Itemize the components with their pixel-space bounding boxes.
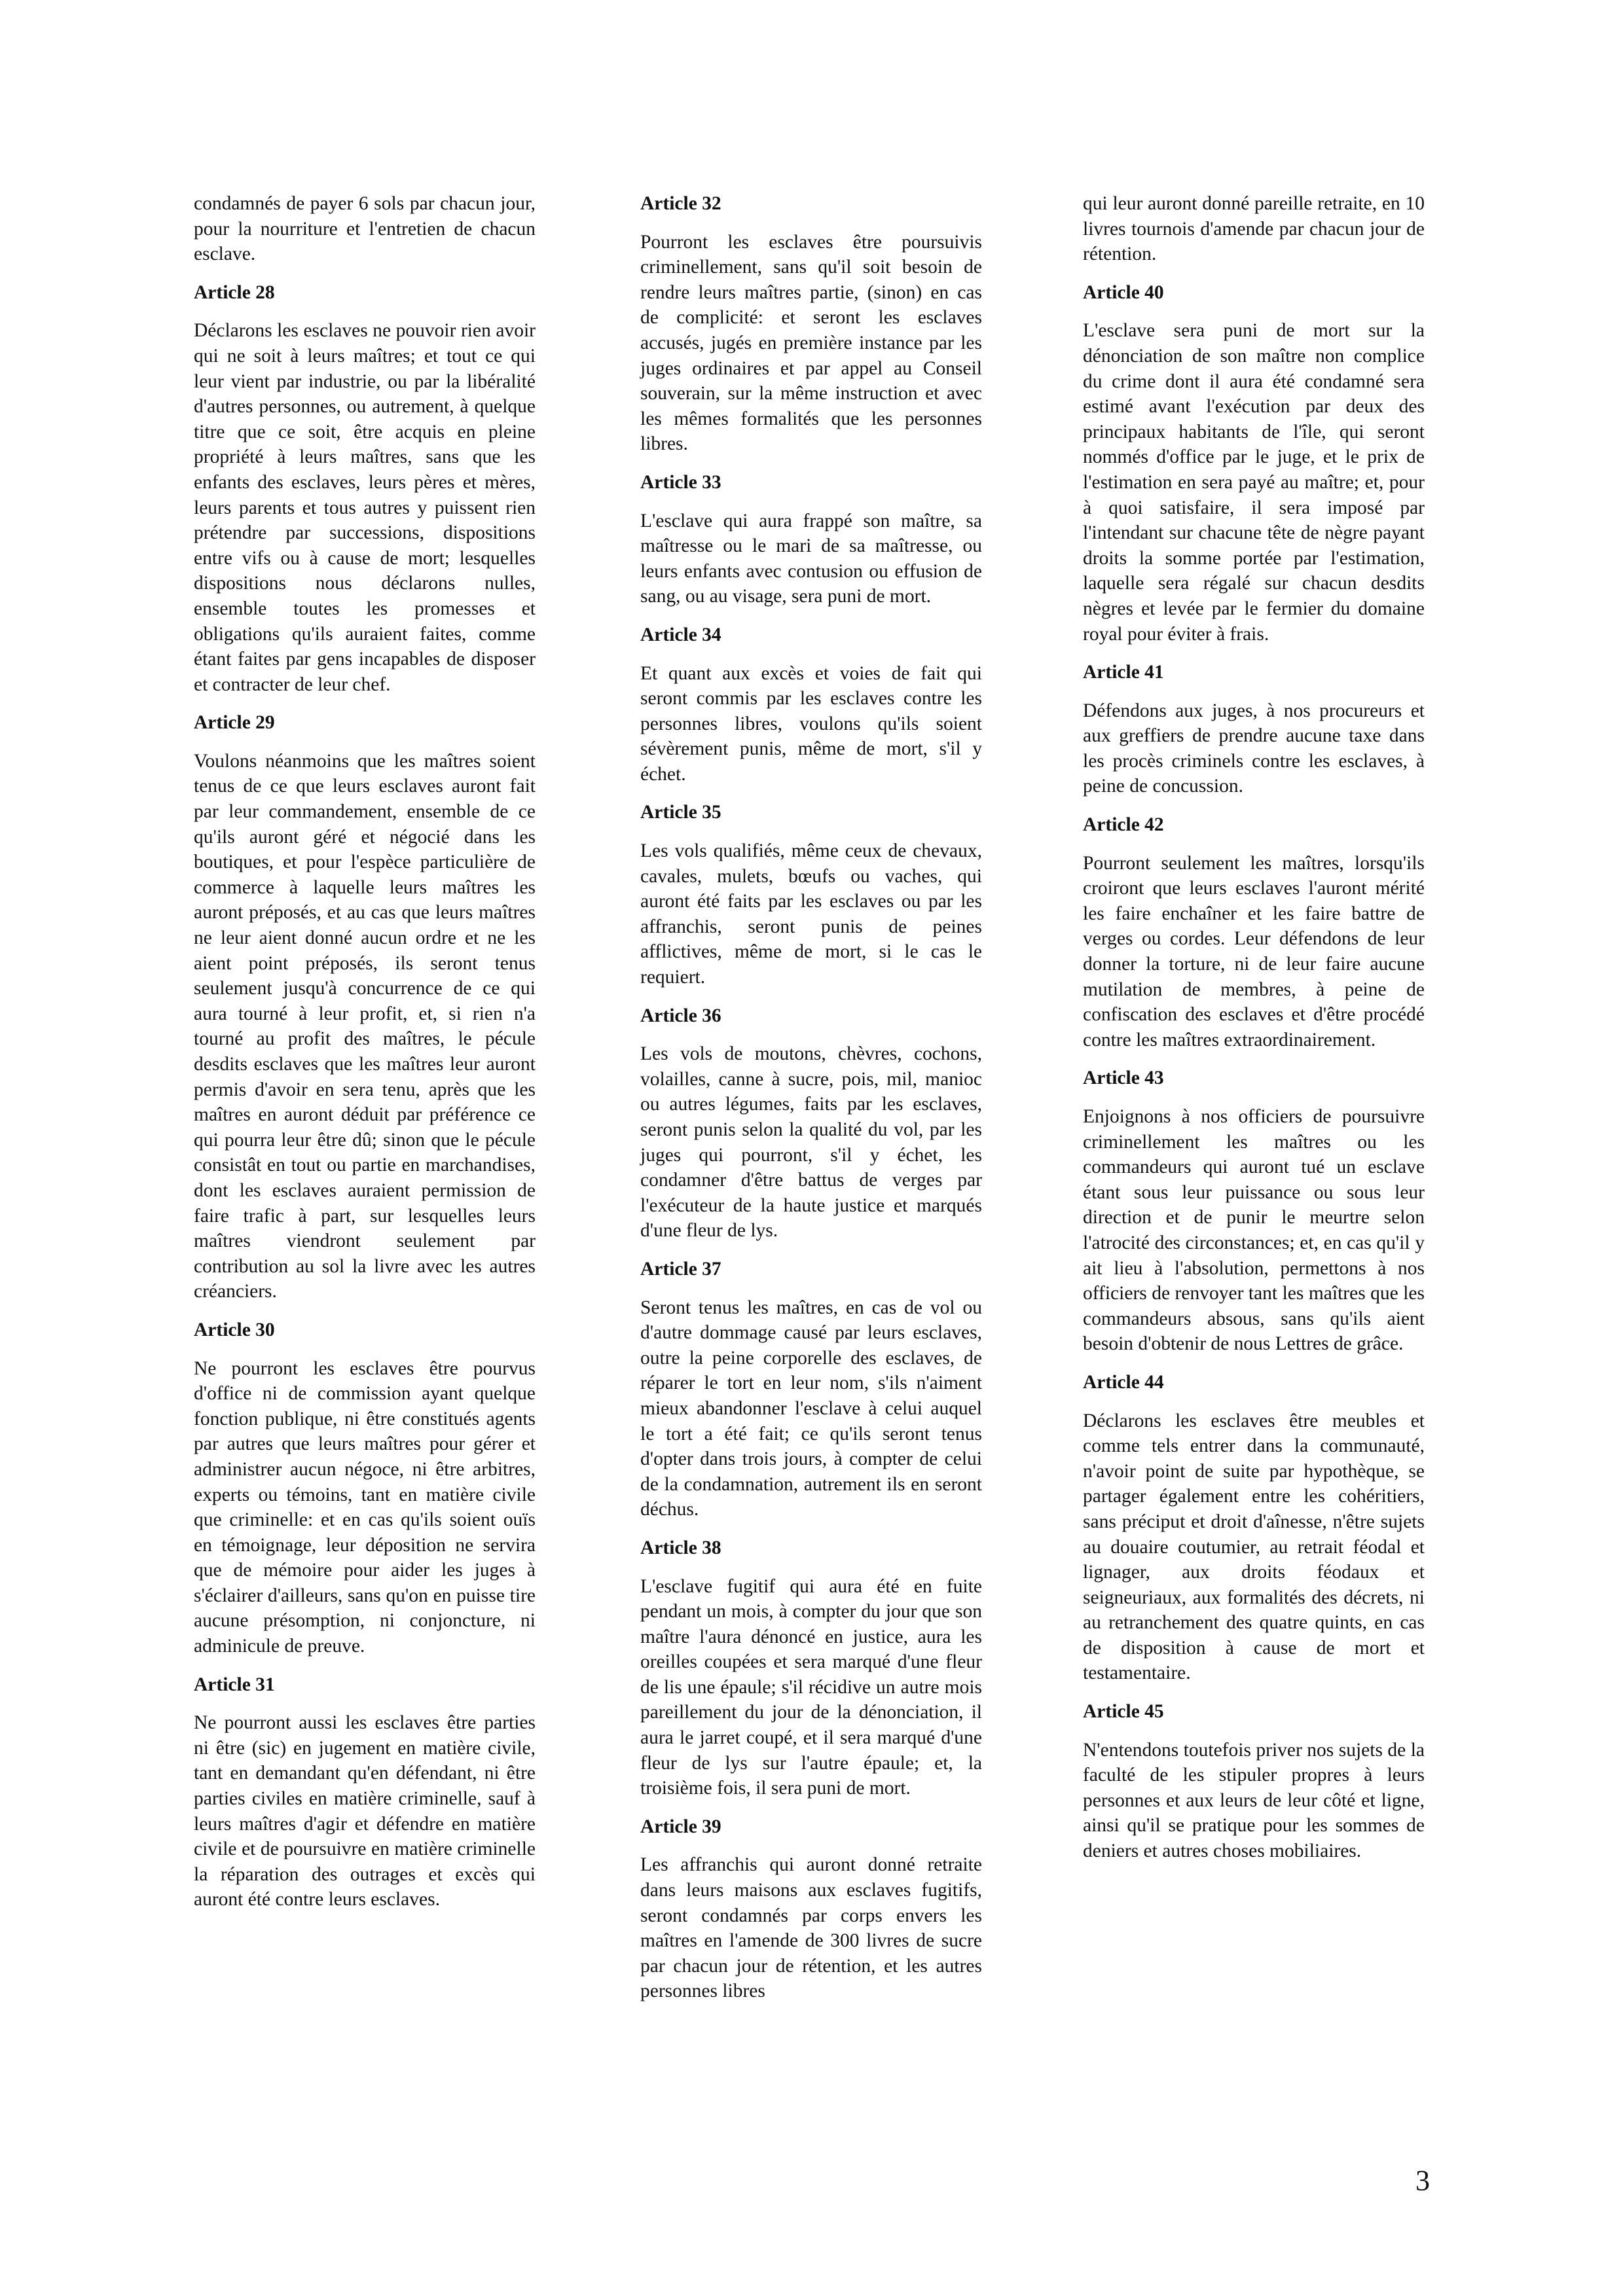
article-paragraph: condamnés de payer 6 sols par chacun jou… bbox=[194, 191, 536, 267]
article-heading: Article 29 bbox=[194, 710, 536, 736]
article-paragraph: Les vols qualifiés, même ceux de chevaux… bbox=[640, 838, 982, 990]
article-paragraph: Les vols de moutons, chèvres, cochons, v… bbox=[640, 1041, 982, 1244]
article-heading: Article 30 bbox=[194, 1318, 536, 1343]
article-paragraph: L'esclave qui aura frappé son maître, sa… bbox=[640, 509, 982, 609]
article-paragraph: Les affranchis qui auront donné retraite… bbox=[640, 1852, 982, 2004]
article-heading: Article 28 bbox=[194, 280, 536, 306]
article-heading: Article 42 bbox=[1083, 812, 1425, 838]
document-page: condamnés de payer 6 sols par chacun jou… bbox=[0, 0, 1623, 2296]
article-heading: Article 39 bbox=[640, 1814, 982, 1840]
article-heading: Article 41 bbox=[1083, 660, 1425, 685]
article-paragraph: Pourront seulement les maîtres, lorsqu'i… bbox=[1083, 851, 1425, 1053]
article-heading: Article 38 bbox=[640, 1535, 982, 1561]
article-heading: Article 32 bbox=[640, 191, 982, 217]
article-paragraph: Défendons aux juges, à nos procureurs et… bbox=[1083, 698, 1425, 799]
article-paragraph: qui leur auront donné pareille retraite,… bbox=[1083, 191, 1425, 267]
article-paragraph: N'entendons toutefois priver nos sujets … bbox=[1083, 1738, 1425, 1864]
article-paragraph: Voulons néanmoins que les maîtres soient… bbox=[194, 749, 536, 1304]
article-paragraph: Et quant aux excès et voies de fait qui … bbox=[640, 661, 982, 787]
article-heading: Article 35 bbox=[640, 800, 982, 825]
article-heading: Article 31 bbox=[194, 1672, 536, 1698]
page-number: 3 bbox=[1415, 2164, 1430, 2197]
article-heading: Article 40 bbox=[1083, 280, 1425, 306]
text-column-2: Article 32Pourront les esclaves être pou… bbox=[640, 191, 982, 2017]
article-heading: Article 45 bbox=[1083, 1699, 1425, 1725]
article-paragraph: Déclarons les esclaves ne pouvoir rien a… bbox=[194, 318, 536, 697]
article-paragraph: Seront tenus les maîtres, en cas de vol … bbox=[640, 1295, 982, 1522]
text-column-3: qui leur auront donné pareille retraite,… bbox=[1083, 191, 1425, 1877]
article-paragraph: Enjoignons à nos officiers de poursuivre… bbox=[1083, 1104, 1425, 1357]
article-heading: Article 36 bbox=[640, 1003, 982, 1029]
article-paragraph: Pourront les esclaves être poursuivis cr… bbox=[640, 230, 982, 457]
article-heading: Article 43 bbox=[1083, 1066, 1425, 1091]
text-column-1: condamnés de payer 6 sols par chacun jou… bbox=[194, 191, 536, 1926]
article-heading: Article 33 bbox=[640, 470, 982, 495]
article-heading: Article 37 bbox=[640, 1257, 982, 1282]
article-paragraph: Déclarons les esclaves être meubles et c… bbox=[1083, 1408, 1425, 1687]
article-heading: Article 34 bbox=[640, 622, 982, 648]
article-paragraph: Ne pourront aussi les esclaves être part… bbox=[194, 1710, 536, 1912]
article-paragraph: Ne pourront les esclaves être pourvus d'… bbox=[194, 1356, 536, 1659]
article-paragraph: L'esclave sera puni de mort sur la dénon… bbox=[1083, 318, 1425, 647]
article-paragraph: L'esclave fugitif qui aura été en fuite … bbox=[640, 1574, 982, 1801]
article-heading: Article 44 bbox=[1083, 1370, 1425, 1395]
